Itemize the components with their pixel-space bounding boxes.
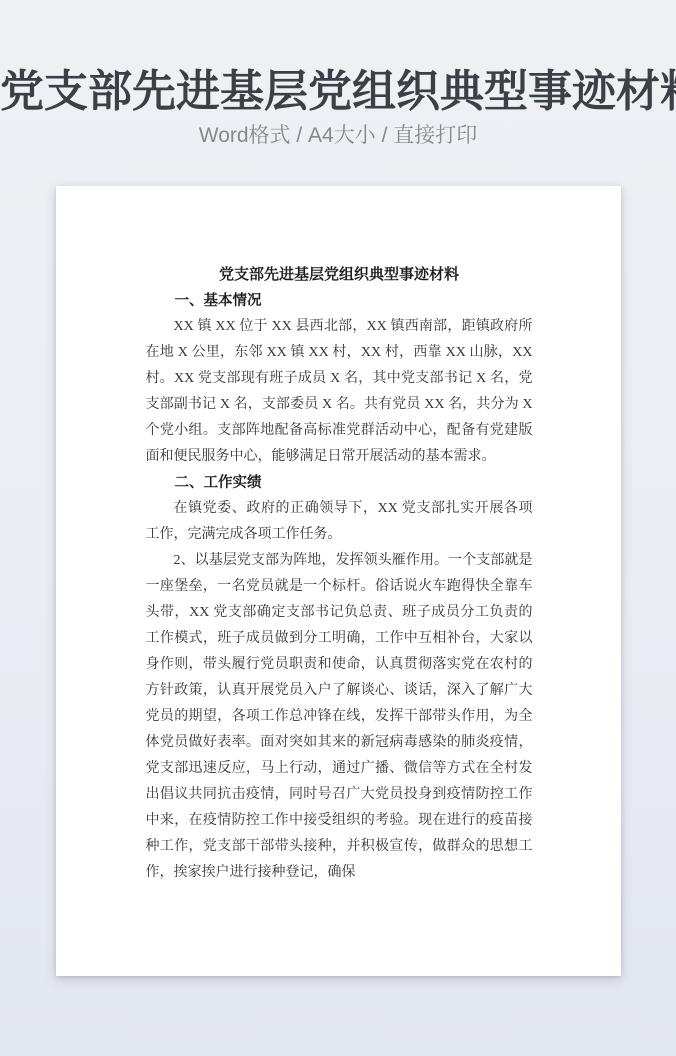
banner: 党支部先进基层党组织典型事迹材料 Word格式 / A4大小 / 直接打印	[0, 0, 676, 147]
template-preview-stage: 党支部先进基层党组织典型事迹材料 Word格式 / A4大小 / 直接打印 党支…	[0, 0, 676, 1056]
document-title: 党支部先进基层党组织典型事迹材料	[146, 262, 533, 288]
paragraph-work-results-detail: 2、以基层党支部为阵地，发挥领头雁作用。一个支部就是一座堡垒，一名党员就是一个标…	[146, 548, 533, 886]
section-heading-basic-info: 一、基本情况	[146, 288, 533, 314]
paragraph-basic-info: XX 镇 XX 位于 XX 县西北部，XX 镇西南部，距镇政府所在地 X 公里，…	[146, 314, 533, 470]
section-heading-work-results: 二、工作实绩	[146, 470, 533, 496]
banner-title: 党支部先进基层党组织典型事迹材料	[0, 68, 676, 115]
paragraph-work-results-intro: 在镇党委、政府的正确领导下，XX 党支部扎实开展各项工作，完满完成各项工作任务。	[146, 496, 533, 548]
banner-subtitle: Word格式 / A4大小 / 直接打印	[0, 124, 676, 147]
document-preview-sheet: 党支部先进基层党组织典型事迹材料 一、基本情况 XX 镇 XX 位于 XX 县西…	[56, 186, 621, 976]
